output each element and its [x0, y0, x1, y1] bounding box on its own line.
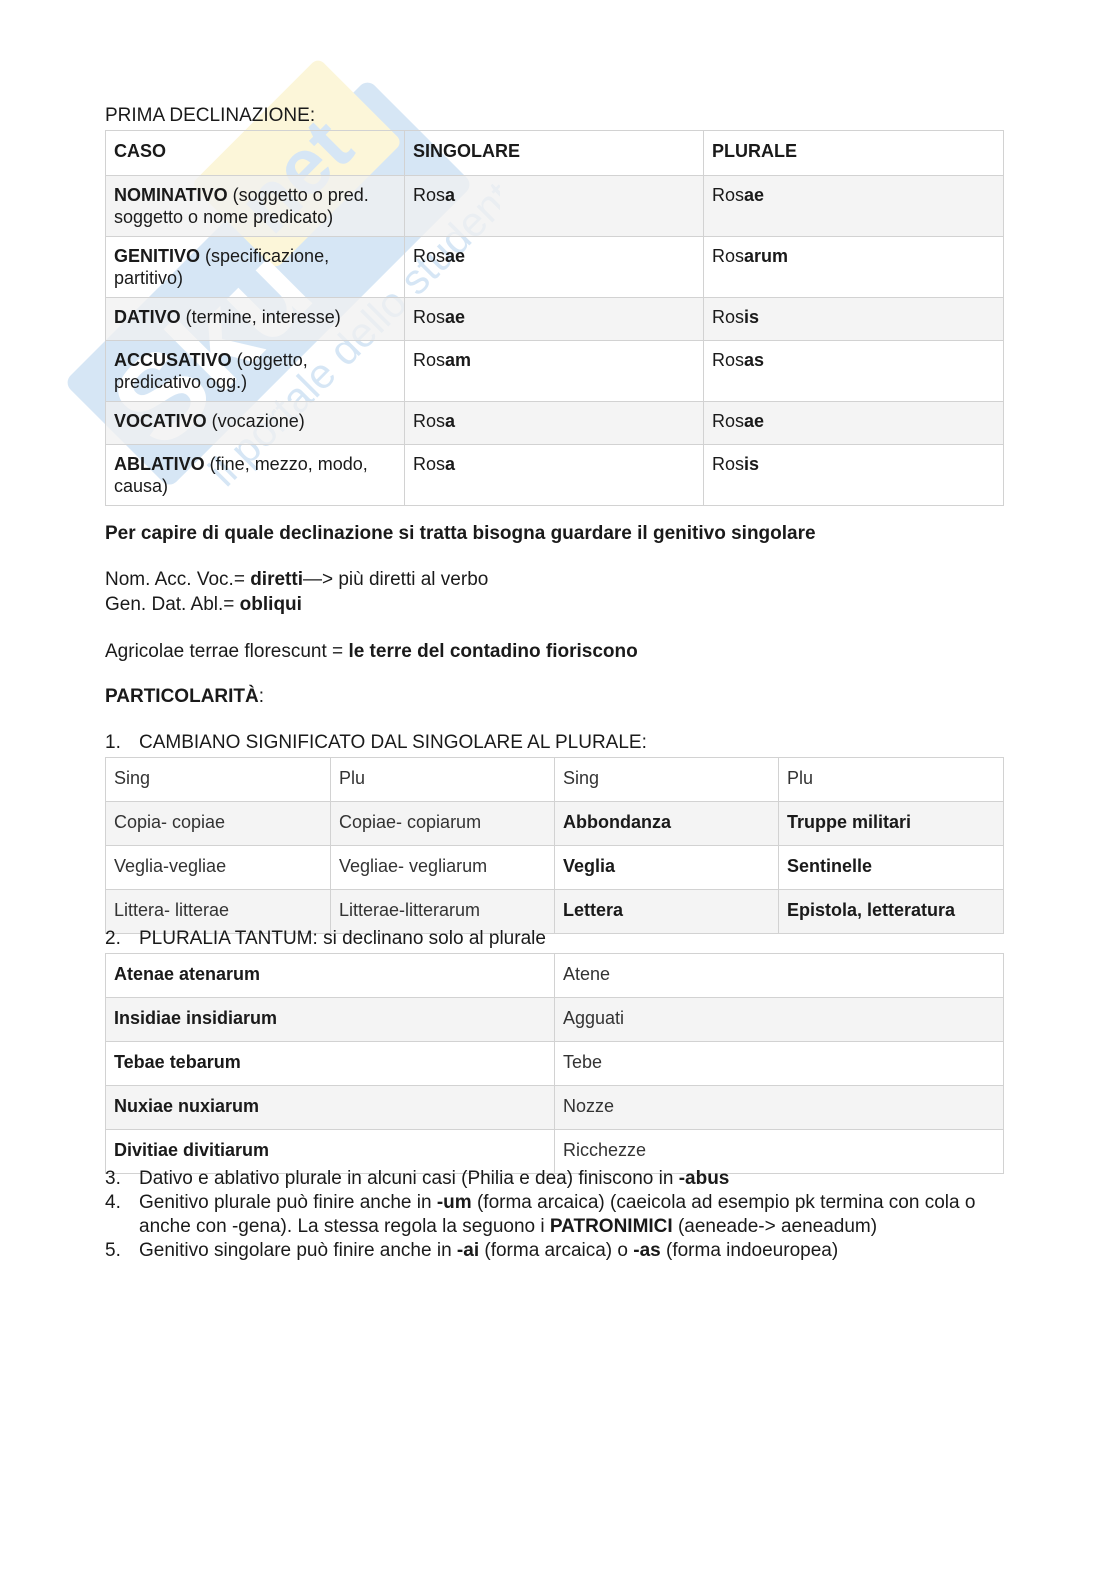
translation-cell: Tebe [555, 1042, 1004, 1086]
case-cell: GENITIVO (specificazione, partitivo) [106, 237, 405, 298]
singular-cell: Rosa [405, 176, 704, 237]
case-name: GENITIVO [114, 246, 200, 266]
ending: a [445, 454, 455, 474]
table-row: ACCUSATIVO (oggetto, predicativo ogg.) R… [106, 341, 1004, 402]
body-text: Dativo e ablativo plurale in alcuni casi… [139, 1168, 679, 1189]
plural-cell: Rosis [704, 445, 1004, 506]
singular-cell: Rosae [405, 237, 704, 298]
latin-noun-cell: Tebae tebarum [106, 1042, 555, 1086]
latin-noun-cell: Nuxiae nuxiarum [106, 1086, 555, 1130]
stem: Ros [413, 411, 445, 431]
table-row: Atenae atenarum Atene [106, 954, 1004, 998]
translation-cell: Nozze [555, 1086, 1004, 1130]
header-cell: CASO [106, 131, 405, 176]
ending: a [445, 411, 455, 431]
ending: am [445, 350, 471, 370]
genitive-rule: Per capire di quale declinazione si trat… [105, 522, 816, 546]
stem: Ros [413, 307, 445, 327]
particolarita-colon: : [259, 686, 264, 707]
table-header-row: Sing Plu Sing Plu [106, 758, 1004, 802]
table-row: Tebae tebarum Tebe [106, 1042, 1004, 1086]
ending: ae [445, 307, 465, 327]
plural-cell: Rosarum [704, 237, 1004, 298]
case-name: ABLATIVO [114, 454, 205, 474]
case-name: NOMINATIVO [114, 185, 228, 205]
list-item: 4.Genitivo plurale può finire anche in -… [105, 1191, 1005, 1239]
declension-table: CASO SINGOLARE PLURALE NOMINATIVO (sogge… [105, 130, 1004, 506]
table-row: ABLATIVO (fine, mezzo, modo, causa) Rosa… [106, 445, 1004, 506]
stem: Ros [712, 411, 744, 431]
notes-list: 3.Dativo e ablativo plurale in alcuni ca… [105, 1167, 1005, 1263]
ending: is [744, 454, 759, 474]
case-cell: VOCATIVO (vocazione) [106, 402, 405, 445]
table-row: NOMINATIVO (soggetto o pred. soggetto o … [106, 176, 1004, 237]
page-title: PRIMA DECLINAZIONE: [105, 104, 315, 128]
plu-form-cell: Copiae- copiarum [331, 802, 555, 846]
sing-meaning-cell: Abbondanza [555, 802, 779, 846]
example-translation: le terre del contadino fioriscono [348, 641, 637, 662]
header-cell: PLURALE [704, 131, 1004, 176]
list-item: 3.Dativo e ablativo plurale in alcuni ca… [105, 1167, 1005, 1191]
plural-cell: Rosae [704, 176, 1004, 237]
table-row: DATIVO (termine, interesse) Rosae Rosis [106, 298, 1004, 341]
table-row: Insidiae insidiarum Agguati [106, 998, 1004, 1042]
table-row: Veglia-vegliae Vegliae- vegliarum Veglia… [106, 846, 1004, 890]
ending: ae [744, 185, 764, 205]
body-text: Genitivo plurale può finire anche in [139, 1192, 437, 1213]
stem: Ros [712, 454, 744, 474]
plu-meaning-cell: Epistola, letteratura [779, 890, 1004, 934]
ending: ae [744, 411, 764, 431]
sing-meaning-cell: Veglia [555, 846, 779, 890]
latin-noun-cell: Atenae atenarum [106, 954, 555, 998]
case-note: (termine, interesse) [181, 307, 341, 327]
section1-heading: 1.CAMBIANO SIGNIFICATO DAL SINGOLARE AL … [105, 731, 647, 755]
particolarita-label: PARTICOLARITÀ [105, 686, 259, 707]
table-row: GENITIVO (specificazione, partitivo) Ros… [106, 237, 1004, 298]
list-item-number: 5. [105, 1239, 121, 1263]
body-text: (aeneade-> aeneadum) [673, 1216, 877, 1237]
singular-cell: Rosa [405, 445, 704, 506]
case-cell: ABLATIVO (fine, mezzo, modo, causa) [106, 445, 405, 506]
header-cell: Plu [331, 758, 555, 802]
list-item: 5.Genitivo singolare può finire anche in… [105, 1239, 1005, 1263]
particolarita-heading: PARTICOLARITÀ: [105, 685, 264, 709]
singular-cell: Rosam [405, 341, 704, 402]
plu-form-cell: Vegliae- vegliarum [331, 846, 555, 890]
case-name: ACCUSATIVO [114, 350, 232, 370]
header-cell: Plu [779, 758, 1004, 802]
singular-cell: Rosa [405, 402, 704, 445]
list-item-number: 3. [105, 1167, 121, 1191]
plural-cell: Rosas [704, 341, 1004, 402]
translation-cell: Agguati [555, 998, 1004, 1042]
stem: Ros [413, 350, 445, 370]
sing-meaning-cell: Lettera [555, 890, 779, 934]
plural-cell: Rosis [704, 298, 1004, 341]
sing-form-cell: Veglia-vegliae [106, 846, 331, 890]
ending: as [744, 350, 764, 370]
case-cell: DATIVO (termine, interesse) [106, 298, 405, 341]
emphasis-text: -as [633, 1240, 660, 1261]
sing-form-cell: Copia- copiae [106, 802, 331, 846]
stem: Ros [712, 246, 744, 266]
ending: a [445, 185, 455, 205]
ending: is [744, 307, 759, 327]
emphasis-text: PATRONIMICI [550, 1216, 673, 1237]
oblique-cases-line: Gen. Dat. Abl.= obliqui [105, 593, 302, 617]
direct-cases-prefix: Nom. Acc. Voc.= [105, 569, 250, 590]
stem: Ros [413, 454, 445, 474]
emphasis-text: -abus [679, 1168, 730, 1189]
emphasis-text: -ai [457, 1240, 479, 1261]
list-item-number: 4. [105, 1191, 121, 1215]
stem: Ros [413, 185, 445, 205]
section2-heading: 2.PLURALIA TANTUM: si declinano solo al … [105, 927, 546, 951]
emphasis-text: -um [437, 1192, 472, 1213]
ending: arum [744, 246, 788, 266]
oblique-cases-term: obliqui [240, 594, 302, 615]
translation-cell: Atene [555, 954, 1004, 998]
table-header-row: CASO SINGOLARE PLURALE [106, 131, 1004, 176]
singular-cell: Rosae [405, 298, 704, 341]
meaning-change-table: Sing Plu Sing Plu Copia- copiae Copiae- … [105, 757, 1004, 934]
body-text: Genitivo singolare può finire anche in [139, 1240, 457, 1261]
example-latin: Agricolae terrae florescunt = [105, 641, 348, 662]
stem: Ros [712, 185, 744, 205]
direct-cases-term: diretti [250, 569, 303, 590]
section1-number: 1. [105, 731, 139, 755]
stem: Ros [712, 307, 744, 327]
stem: Ros [712, 350, 744, 370]
stem: Ros [413, 246, 445, 266]
example-line: Agricolae terrae florescunt = le terre d… [105, 640, 638, 664]
section2-title: PLURALIA TANTUM: si declinano solo al pl… [139, 928, 546, 949]
plural-cell: Rosae [704, 402, 1004, 445]
latin-noun-cell: Insidiae insidiarum [106, 998, 555, 1042]
body-text: (forma indoeuropea) [661, 1240, 838, 1261]
case-name: DATIVO [114, 307, 181, 327]
document-page: PRIMA DECLINAZIONE: CASO SINGOLARE PLURA… [0, 0, 1116, 1579]
header-cell: Sing [555, 758, 779, 802]
case-cell: NOMINATIVO (soggetto o pred. soggetto o … [106, 176, 405, 237]
case-note: (vocazione) [207, 411, 305, 431]
direct-cases-suffix: —> più diretti al verbo [303, 569, 488, 590]
table-row: Copia- copiae Copiae- copiarum Abbondanz… [106, 802, 1004, 846]
plu-meaning-cell: Sentinelle [779, 846, 1004, 890]
plu-meaning-cell: Truppe militari [779, 802, 1004, 846]
oblique-cases-prefix: Gen. Dat. Abl.= [105, 594, 240, 615]
body-text: (forma arcaica) o [479, 1240, 633, 1261]
table-row: Nuxiae nuxiarum Nozze [106, 1086, 1004, 1130]
case-name: VOCATIVO [114, 411, 207, 431]
header-cell: Sing [106, 758, 331, 802]
case-cell: ACCUSATIVO (oggetto, predicativo ogg.) [106, 341, 405, 402]
header-cell: SINGOLARE [405, 131, 704, 176]
pluralia-tantum-table: Atenae atenarum Atene Insidiae insidiaru… [105, 953, 1004, 1174]
section2-number: 2. [105, 927, 139, 951]
section1-title: CAMBIANO SIGNIFICATO DAL SINGOLARE AL PL… [139, 732, 647, 753]
direct-cases-line: Nom. Acc. Voc.= diretti—> più diretti al… [105, 568, 488, 592]
ending: ae [445, 246, 465, 266]
table-row: VOCATIVO (vocazione) Rosa Rosae [106, 402, 1004, 445]
